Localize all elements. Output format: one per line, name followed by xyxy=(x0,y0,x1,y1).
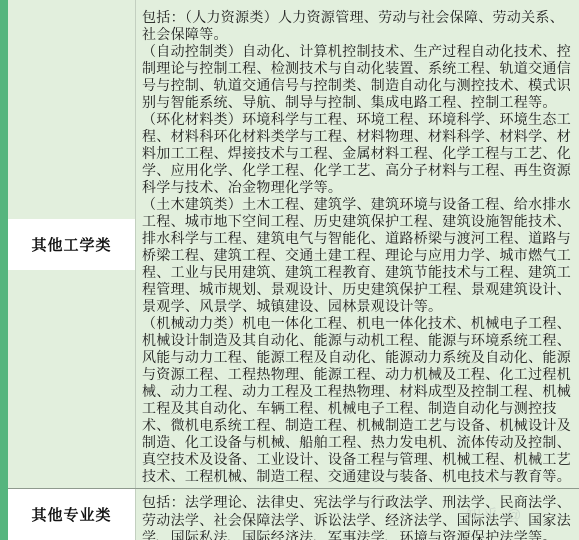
row-label: 其他工学类 xyxy=(31,237,111,254)
content-paragraph: 包括：（人力资源类）人力资源管理、劳动与社会保障、劳动关系、社会保障等。 xyxy=(142,9,571,43)
row-label-cell: 其他工学类 xyxy=(8,0,136,488)
content-paragraph: （机械动力类）机电一体化工程、机电一体化技术、机械电子工程、机械设计制造及其自动… xyxy=(142,315,571,485)
content-paragraph: （土木建筑类）土木工程、建筑学、建筑环境与设备工程、给水排水工程、城市地下空间工… xyxy=(142,196,571,315)
row-content-cell: 包括：法学理论、法律史、宪法学与行政法学、刑法学、民商法学、劳动法学、社会保障法… xyxy=(136,489,579,540)
content-paragraph: 包括：法学理论、法律史、宪法学与行政法学、刑法学、民商法学、劳动法学、社会保障法… xyxy=(142,494,571,540)
row-content-cell: 包括：（人力资源类）人力资源管理、劳动与社会保障、劳动关系、社会保障等。 （自动… xyxy=(136,0,579,488)
label-highlight: 其他工学类 xyxy=(8,219,135,270)
row-label-cell: 其他专业类 xyxy=(8,489,136,540)
content-paragraph: （环化材料类）环境科学与工程、环境工程、环境科学、环境生态工程、材料科环化材料类… xyxy=(142,111,571,196)
label-highlight: 其他专业类 xyxy=(8,504,135,525)
row-label: 其他专业类 xyxy=(31,507,111,524)
table-row-other-professional: 其他专业类 包括：法学理论、法律史、宪法学与行政法学、刑法学、民商法学、劳动法学… xyxy=(8,488,579,540)
category-table: 其他工学类 包括：（人力资源类）人力资源管理、劳动与社会保障、劳动关系、社会保障… xyxy=(0,0,579,540)
content-paragraph: （自动控制类）自动化、计算机控制技术、生产过程自动化技术、控制理论与控制工程、检… xyxy=(142,43,571,111)
table-row-other-engineering: 其他工学类 包括：（人力资源类）人力资源管理、劳动与社会保障、劳动关系、社会保障… xyxy=(8,0,579,488)
